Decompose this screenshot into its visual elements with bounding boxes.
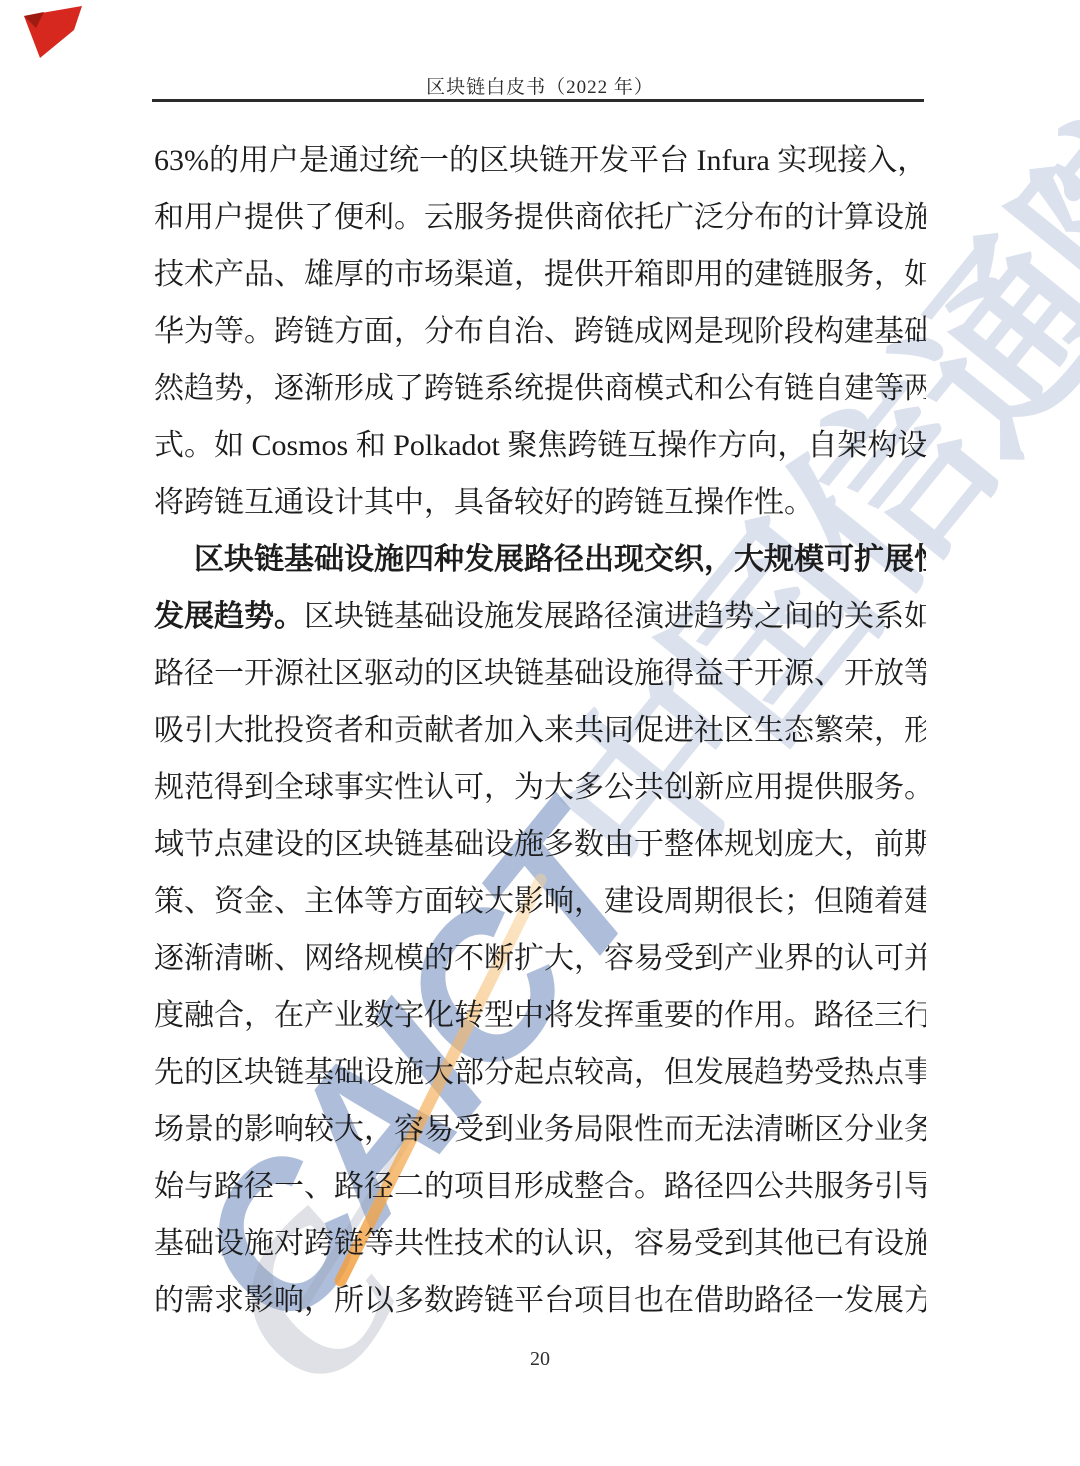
text-line: 先的区块链基础设施大部分起点较高，但发展趋势受热点事件、热点 — [154, 1044, 926, 1101]
text-line: 规范得到全球事实性认可，为大多公共创新应用提供服务。路径二分 — [154, 759, 926, 816]
text-line-tail: 区块链基础设施发展路径演进趋势之间的关系如图 5 所示。 — [304, 600, 926, 633]
red-corner-ribbon-icon — [22, 4, 88, 62]
text-line: 始与路径一、路径二的项目形成整合。路径四公共服务引导的区块链 — [154, 1158, 926, 1215]
header-divider — [152, 99, 924, 102]
page-number: 20 — [0, 1348, 1080, 1371]
page-header-title: 区块链白皮书（2022 年） — [0, 72, 1080, 99]
body-text: 63%的用户是通过统一的区块链开发平台 Infura 实现接入，为开发者 和用户… — [154, 132, 926, 1329]
section-heading-line: 区块链基础设施四种发展路径出现交织，大规模可扩展性是未来 — [154, 531, 926, 588]
text-line: 吸引大批投资者和贡献者加入来共同促进社区生态繁荣，形成的标准 — [154, 702, 926, 759]
text-line: 和用户提供了便利。云服务提供商依托广泛分布的计算设施、扎实的 — [154, 189, 926, 246]
text-line: 策、资金、主体等方面较大影响，建设周期很长；但随着建设路径的 — [154, 873, 926, 930]
text-line: 发展趋势。区块链基础设施发展路径演进趋势之间的关系如图 5 所示。 — [154, 588, 926, 645]
text-line: 将跨链互通设计其中，具备较好的跨链互操作性。 — [154, 474, 926, 531]
text-line: 的需求影响，所以多数跨链平台项目也在借助路径一发展方式加强主 — [154, 1272, 926, 1329]
text-line: 域节点建设的区块链基础设施多数由于整体规划庞大，前期容易受政 — [154, 816, 926, 873]
text-line: 逐渐清晰、网络规模的不断扩大，容易受到产业界的认可并与开展深 — [154, 930, 926, 987]
text-line: 然趋势，逐渐形成了跨链系统提供商模式和公有链自建等两种典型模 — [154, 360, 926, 417]
text-line: 路径一开源社区驱动的区块链基础设施得益于开源、开放等协作模式， — [154, 645, 926, 702]
text-line: 63%的用户是通过统一的区块链开发平台 Infura 实现接入，为开发者 — [154, 132, 926, 189]
text-line: 华为等。跨链方面，分布自治、跨链成网是现阶段构建基础设施的必 — [154, 303, 926, 360]
text-line: 式。如 Cosmos 和 Polkadot 聚焦跨链互操作方向，自架构设计之初就 — [154, 417, 926, 474]
text-line: 场景的影响较大，容易受到业务局限性而无法清晰区分业务范畴，开 — [154, 1101, 926, 1158]
section-heading-lead: 发展趋势。 — [154, 600, 304, 633]
text-line: 技术产品、雄厚的市场渠道，提供开箱即用的建链服务，如亚马逊、 — [154, 246, 926, 303]
text-line: 基础设施对跨链等共性技术的认识，容易受到其他已有设施实际运行 — [154, 1215, 926, 1272]
text-line: 度融合，在产业数字化转型中将发挥重要的作用。路径三行业应用优 — [154, 987, 926, 1044]
document-page: { "page": { "header_title": "区块链白皮书（2022… — [0, 0, 1080, 1466]
